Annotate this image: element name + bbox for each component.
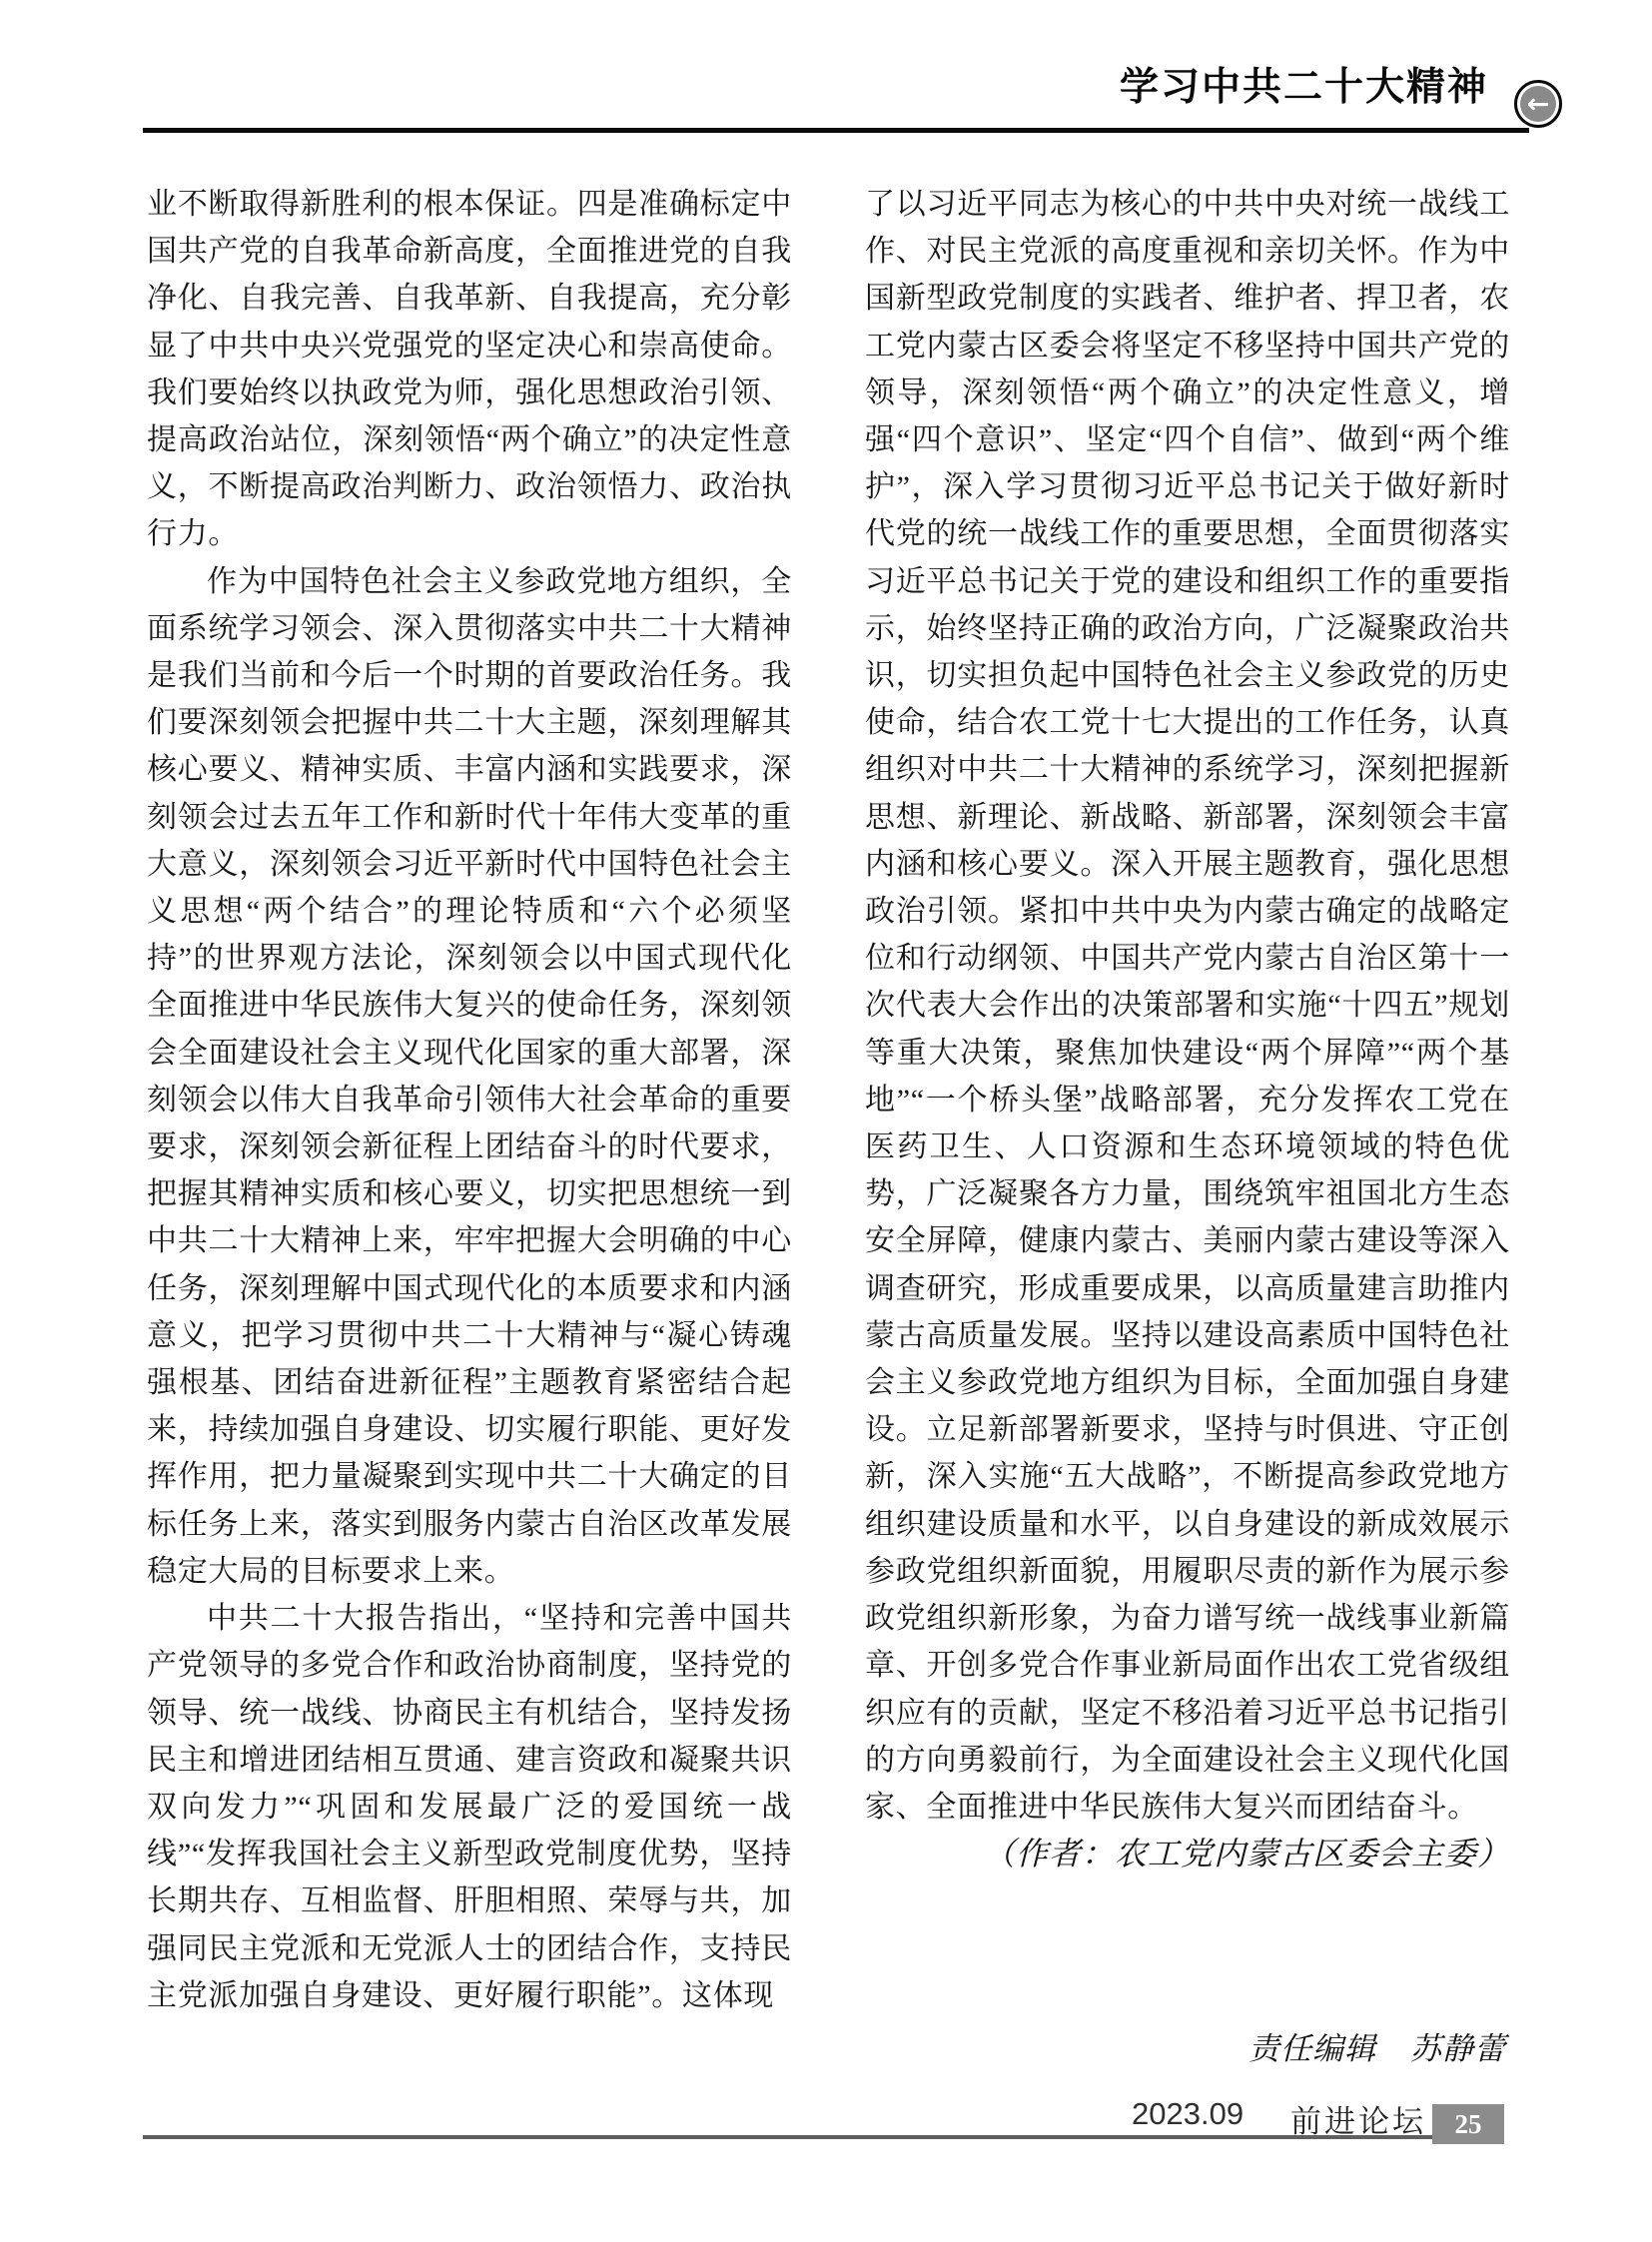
left-arrow-glyph: ← xyxy=(1527,91,1550,118)
footer-issue-date: 2023.09 xyxy=(1132,2096,1243,2132)
paragraph: 作为中国特色社会主义参政党地方组织，全面系统学习领会、深入贯彻落实中共二十大精神… xyxy=(147,558,792,1595)
author-note: （作者：农工党内蒙古区委会主委） xyxy=(865,1831,1510,1877)
editor-label: 责任编辑 xyxy=(1248,2031,1376,2066)
footer-journal-name: 前进论坛 xyxy=(1290,2096,1426,2141)
left-arrow-icon: ← xyxy=(1514,80,1562,128)
magazine-page: 学习中共二十大精神 ← 业不断取得新胜利的根本保证。四是准确标定中国共产党的自我… xyxy=(0,0,1652,2242)
right-column: 了以习近平同志为核心的中共中央对统一战线工作、对民主党派的高度重视和亲切关怀。作… xyxy=(865,181,1510,1877)
paragraph: 中共二十大报告指出，“坚持和完善中国共产党领导的多党合作和政治协商制度，坚持党的… xyxy=(147,1595,792,2019)
section-title: 学习中共二十大精神 xyxy=(1120,56,1488,112)
paragraph-continuation: 了以习近平同志为核心的中共中央对统一战线工作、对民主党派的高度重视和亲切关怀。作… xyxy=(865,181,1510,1831)
footer-rule xyxy=(143,2135,1433,2139)
paragraph-continuation: 业不断取得新胜利的根本保证。四是准确标定中国共产党的自我革命新高度，全面推进党的… xyxy=(147,181,792,558)
page-number: 25 xyxy=(1455,2109,1482,2140)
left-arrow-icon-circle: ← xyxy=(1520,86,1556,122)
editor-note: 责任编辑苏静蕾 xyxy=(1248,2023,1506,2068)
left-column: 业不断取得新胜利的根本保证。四是准确标定中国共产党的自我革命新高度，全面推进党的… xyxy=(147,181,792,2019)
editor-name: 苏静蕾 xyxy=(1410,2031,1506,2066)
page-number-badge: 25 xyxy=(1432,2104,1504,2144)
header-rule xyxy=(143,128,1529,133)
